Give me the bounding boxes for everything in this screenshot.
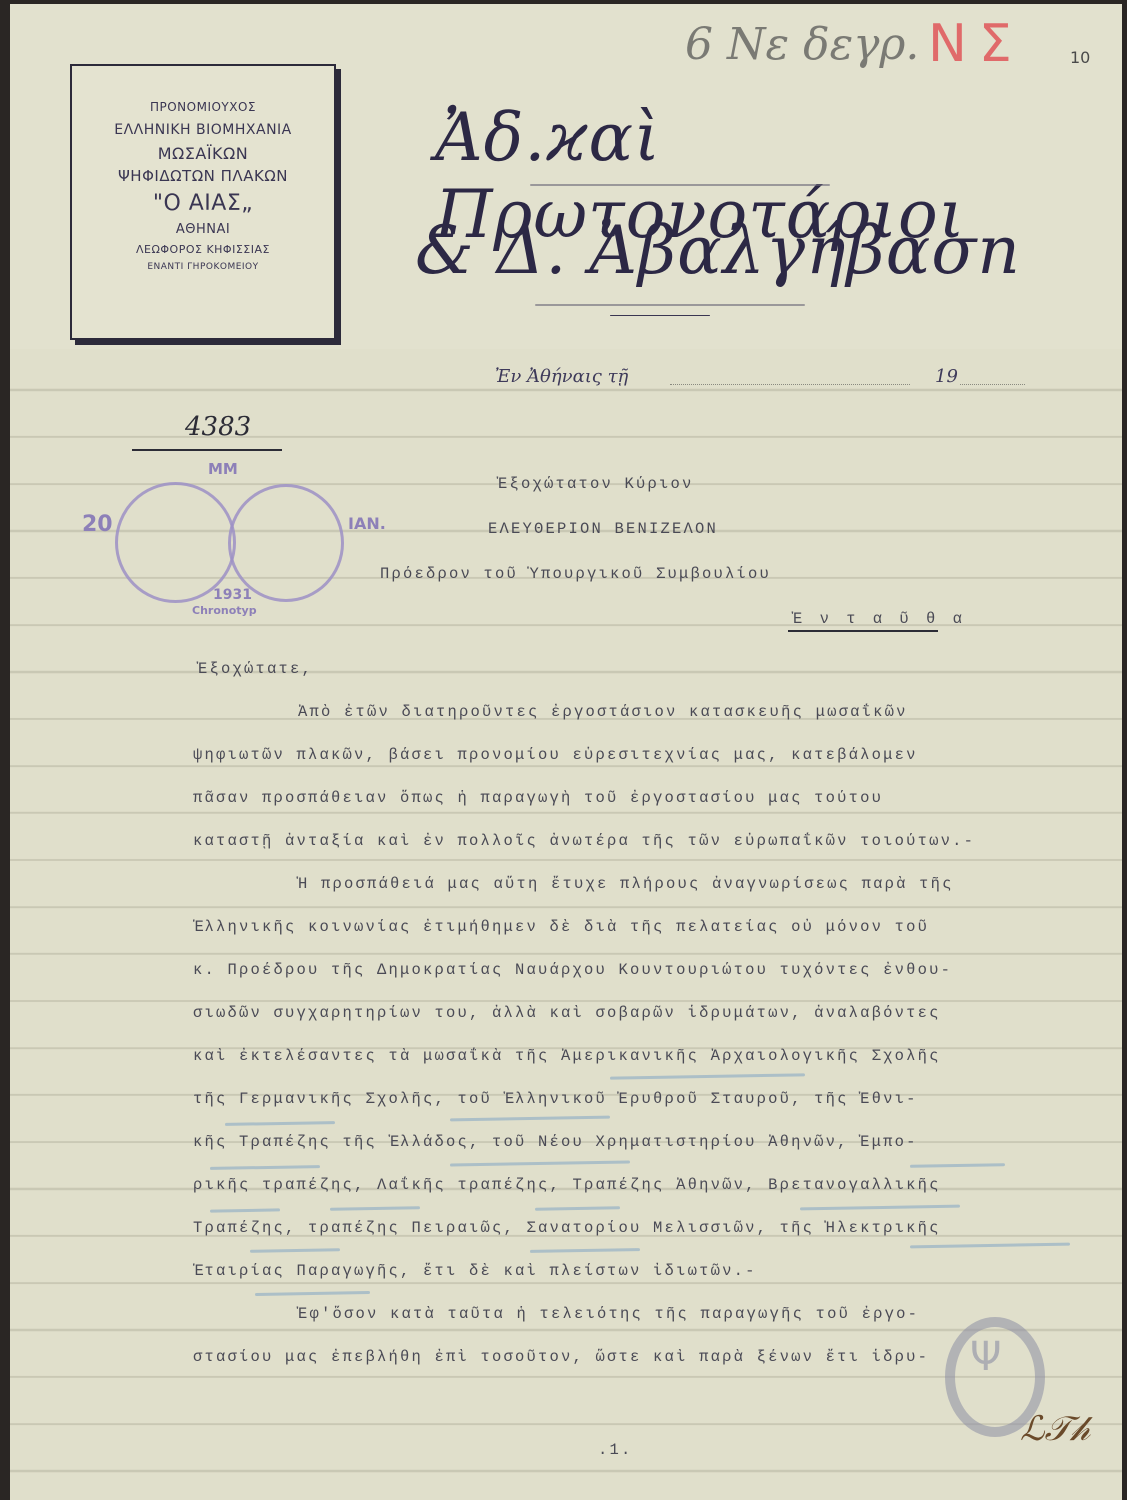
stamp-month: ΙΑΝ. — [348, 514, 386, 533]
location-underline — [788, 630, 938, 632]
letterhead-address: ΛΕΩΦΟΡΟΣ ΚΗΦΙΣΣΙΑΣ — [72, 243, 334, 256]
body-line: Ἑταιρίας Παραγωγῆς, ἔτι δὲ καὶ πλείστων … — [193, 1262, 757, 1280]
ink-underline — [610, 1073, 805, 1079]
ornament-divider — [610, 315, 710, 316]
body-line: ρικῆς τραπέζης, Λαΐκῆς τραπέζης, Τραπέζη… — [193, 1176, 941, 1194]
page-number: 10 — [1070, 48, 1090, 67]
stamp-clock-minutes — [228, 484, 344, 602]
year-blank — [960, 384, 1025, 385]
page-marker: .1. — [598, 1441, 633, 1459]
stamp-day: 20 — [82, 512, 113, 537]
date-prefix: Ἐν Ἀθήναις τῇ — [495, 366, 628, 387]
ink-underline — [210, 1165, 320, 1170]
ink-underline — [225, 1121, 335, 1126]
ink-underline — [910, 1163, 1005, 1168]
ink-underline — [250, 1248, 340, 1253]
ink-underline — [530, 1248, 640, 1253]
ink-underline — [450, 1160, 630, 1166]
stamp-year: 1931 — [213, 587, 252, 603]
body-line: Ἡ προσπάθειά μας αὕτη ἔτυχε πλήρους ἀναγ… — [298, 875, 954, 893]
greeting: Ἐξοχώτατε, — [198, 660, 313, 678]
body-line: Ἑλληνικῆς κοινωνίας ἐτιμήθημεν δὲ διὰ τῆ… — [193, 918, 929, 936]
body-line: Ἀπὸ ἐτῶν διατηροῦντες ἐργοστάσιον κατασκ… — [298, 703, 908, 721]
stamp-label: ΜΜ — [208, 460, 238, 478]
addressee-name: ΕΛΕΥΘΕΡΙΟΝ ΒΕΝΙΖΕΛΟΝ — [488, 520, 718, 538]
body-line: ψηφιωτῶν πλακῶν, βάσει προνομίου εὑρεσιτ… — [193, 746, 918, 764]
date-year: 19 — [935, 366, 958, 387]
ink-underline — [800, 1205, 960, 1211]
body-line: Ἐφ'ὅσον κατὰ ταῦτα ἡ τελειότης τῆς παραγ… — [298, 1305, 919, 1323]
flourish-line — [530, 184, 830, 186]
protocol-underline — [132, 449, 282, 451]
company-name: "Ο ΑΙΑΣ„ — [72, 191, 334, 216]
body-line: πᾶσαν προσπάθειαν ὅπως ἡ παραγωγὴ τοῦ ἐρ… — [193, 789, 883, 807]
ink-underline — [210, 1208, 280, 1212]
letterhead-line: ΜΩΣΑΪΚΩΝ — [72, 144, 334, 163]
letterhead-line: ΨΗΦΙΔΩΤΩΝ ΠΛΑΚΩΝ — [72, 167, 334, 185]
addressee-title: Ἐξοχώτατον Κύριον — [498, 475, 694, 493]
letterhead-line: ΠΡΟΝΟΜΙΟΥΧΟΣ — [72, 100, 334, 114]
body-line: Τραπέζης, τραπέζης Πειραιῶς, Σανατορίου … — [193, 1219, 941, 1237]
body-line: κῆς Τραπέζης τῆς Ἑλλάδος, τοῦ Νέου Χρημα… — [193, 1133, 918, 1151]
body-line: κ. Προέδρου τῆς Δημοκρατίας Ναυάρχου Κου… — [193, 961, 952, 979]
initials-signature: ℒ𝒯𝒽 — [1020, 1409, 1090, 1449]
date-blank — [670, 384, 910, 385]
letterhead-line: ΕΛΛΗΝΙΚΗ ΒΙΟΜΗΧΑΝΙΑ — [72, 122, 334, 138]
stamp-clock-hours — [115, 482, 236, 603]
stamp-caption: Chronotyp — [192, 604, 257, 617]
company-letterhead-box: ΠΡΟΝΟΜΙΟΥΧΟΣ ΕΛΛΗΝΙΚΗ ΒΙΟΜΗΧΑΝΙΑ ΜΩΣΑΪΚΩ… — [70, 64, 336, 340]
protocol-number: 4383 — [185, 412, 251, 442]
body-line: στασίου μας ἐπεβλήθη ἐπὶ τοσοῦτον, ὥστε … — [193, 1348, 929, 1366]
addressee-location: Ἐ ν τ α ῦ θ α — [793, 610, 966, 628]
ink-underline — [910, 1243, 1070, 1249]
ink-underline — [330, 1206, 420, 1211]
flourish-line — [535, 304, 805, 306]
addressee-position: Πρόεδρον τοῦ Ὑπουργικοῦ Συμβουλίου — [380, 565, 771, 583]
body-line: σιωδῶν συγχαρητηρίων του, ἀλλὰ καὶ σοβαρ… — [193, 1004, 941, 1022]
letterhead-city: ΑΘΗΝΑΙ — [72, 222, 334, 237]
archive-monogram-icon: Ψ — [970, 1334, 1001, 1380]
body-line: καταστῇ ἀνταξία καὶ ἐν πολλοῖς ἀνωτέρα τ… — [193, 832, 975, 850]
body-line: τῆς Γερμανικῆς Σχολῆς, τοῦ Ἑλληνικοῦ Ἐρυ… — [193, 1090, 918, 1108]
body-line: καὶ ἐκτελέσαντες τὰ μωσαΐκὰ τῆς Ἀμερικαν… — [193, 1047, 941, 1065]
letterhead-script-name-2: & Δ. Ἀβαλγήβασn — [415, 212, 1021, 289]
ink-underline — [450, 1116, 610, 1122]
red-pencil-mark: ΝΣ — [928, 14, 1024, 74]
letter-page: ΠΡΟΝΟΜΙΟΥΧΟΣ ΕΛΛΗΝΙΚΗ ΒΙΟΜΗΧΑΝΙΑ ΜΩΣΑΪΚΩ… — [10, 4, 1122, 1500]
date-line: Ἐν Ἀθήναις τῇ 19 — [495, 366, 1035, 387]
letterhead-address-note: ΕΝΑΝΤΙ ΓΗΡΟΚΟΜΕΙΟΥ — [72, 262, 334, 272]
ink-underline — [535, 1206, 620, 1210]
pencil-note: 6 Νε δεγρ. — [685, 19, 919, 70]
ink-underline — [255, 1291, 370, 1296]
